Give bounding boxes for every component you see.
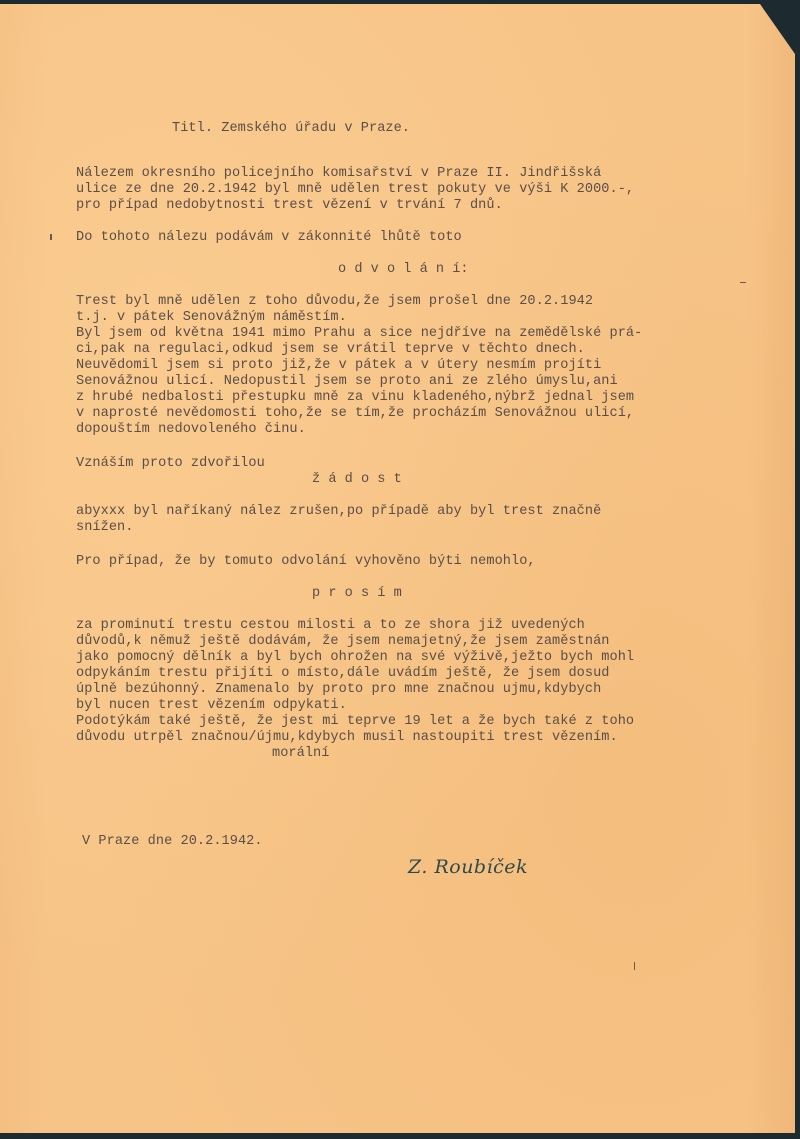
addressee: Titl. Zemského úřadu v Praze. <box>172 121 410 137</box>
alternative-line: Pro případ, že by tomuto odvolání vyhově… <box>76 554 536 570</box>
plea-line: Podotýkám také ještě, že jest mi teprve … <box>76 714 634 730</box>
reason-line: Trest byl mně udělen z toho důvodu,že js… <box>76 294 593 310</box>
place-date: V Praze dne 20.2.1942. <box>82 834 263 850</box>
margin-mark <box>740 282 746 283</box>
heading-request: ž á d o s t <box>312 472 402 488</box>
reason-line: dopouštím nedovoleného činu. <box>76 422 306 438</box>
plea-line: byl nucen trest vězením odpykati. <box>76 698 347 714</box>
intro-line-3: pro případ nedobytnosti trest vězení v t… <box>76 198 503 214</box>
intro-line-1: Nálezem okresního policejního komisařstv… <box>76 166 601 182</box>
plea-line: za prominutí trestu cestou milosti a to … <box>76 618 585 634</box>
torn-corner <box>760 4 795 54</box>
reason-line: ci,pak na regulaci,odkud jsem se vrátil … <box>76 342 585 358</box>
reason-line: z hrubé nedbalosti přestupku mně za vinu… <box>76 390 634 406</box>
plea-line: důvodů,k němuž ještě dodávám, že jsem ne… <box>76 634 610 650</box>
margin-mark <box>50 234 52 240</box>
handwritten-signature: Z. Roubíček <box>408 856 528 878</box>
plea-line: úplně bezúhonný. Znamenalo by proto pro … <box>76 682 601 698</box>
reason-line: v naprosté nevědomosti toho,že se tím,že… <box>76 406 634 422</box>
plea-line: důvodu utrpěl značnou/újmu,kdybych musil… <box>76 730 618 746</box>
heading-appeal: o d v o l á n í: <box>338 262 469 278</box>
request-line: abyxxx byl naříkaný nález zrušen,po příp… <box>76 504 601 520</box>
intro-line-2: ulice ze dne 20.2.1942 byl mně udělen tr… <box>76 182 634 198</box>
reason-line: t.j. v pátek Senovážným náměstím. <box>76 310 347 326</box>
document-page: Titl. Zemského úřadu v Praze. Nálezem ok… <box>0 4 795 1133</box>
request-intro: Vznáším proto zdvořilou <box>76 456 265 472</box>
interlinear-insert: morální <box>272 746 329 762</box>
margin-mark <box>634 962 635 970</box>
submission-line: Do tohoto nálezu podávám v zákonnité lhů… <box>76 230 462 246</box>
reason-line: Byl jsem od května 1941 mimo Prahu a sic… <box>76 326 642 342</box>
heading-plea: p r o s í m <box>312 586 402 602</box>
reason-line: Senovážnou ulicí. Nedopustil jsem se pro… <box>76 374 618 390</box>
request-line: snížen. <box>76 520 133 536</box>
reason-line: Neuvědomil jsem si proto již,že v pátek … <box>76 358 601 374</box>
plea-line: jako pomocný dělník a byl bych ohrožen n… <box>76 650 634 666</box>
plea-line: odpykáním trestu přijíti o místo,dále uv… <box>76 666 610 682</box>
